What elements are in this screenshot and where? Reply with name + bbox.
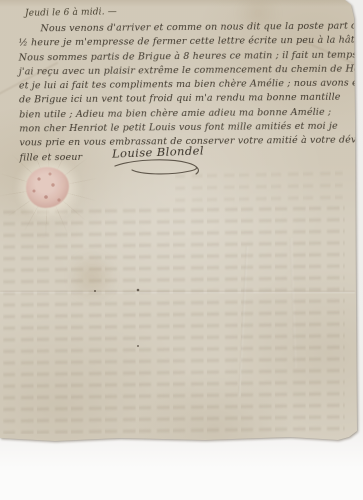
scanned-letter-view: Jeudi le 6 à midi. — Nous venons d'arriv…	[0, 0, 363, 500]
wax-seal-specks	[0, 0, 2, 2]
ink-specks	[94, 290, 96, 292]
paper-stain	[70, 248, 114, 306]
signature-flourish	[112, 156, 204, 178]
letter-dateline: Jeudi le 6 à midi. —	[25, 7, 117, 19]
horizontal-fold-crease	[0, 291, 355, 294]
paper-sheet-wrapper: Jeudi le 6 à midi. — Nous venons d'arriv…	[0, 0, 357, 442]
letter-page: Jeudi le 6 à midi. — Nous venons d'arriv…	[0, 0, 357, 442]
